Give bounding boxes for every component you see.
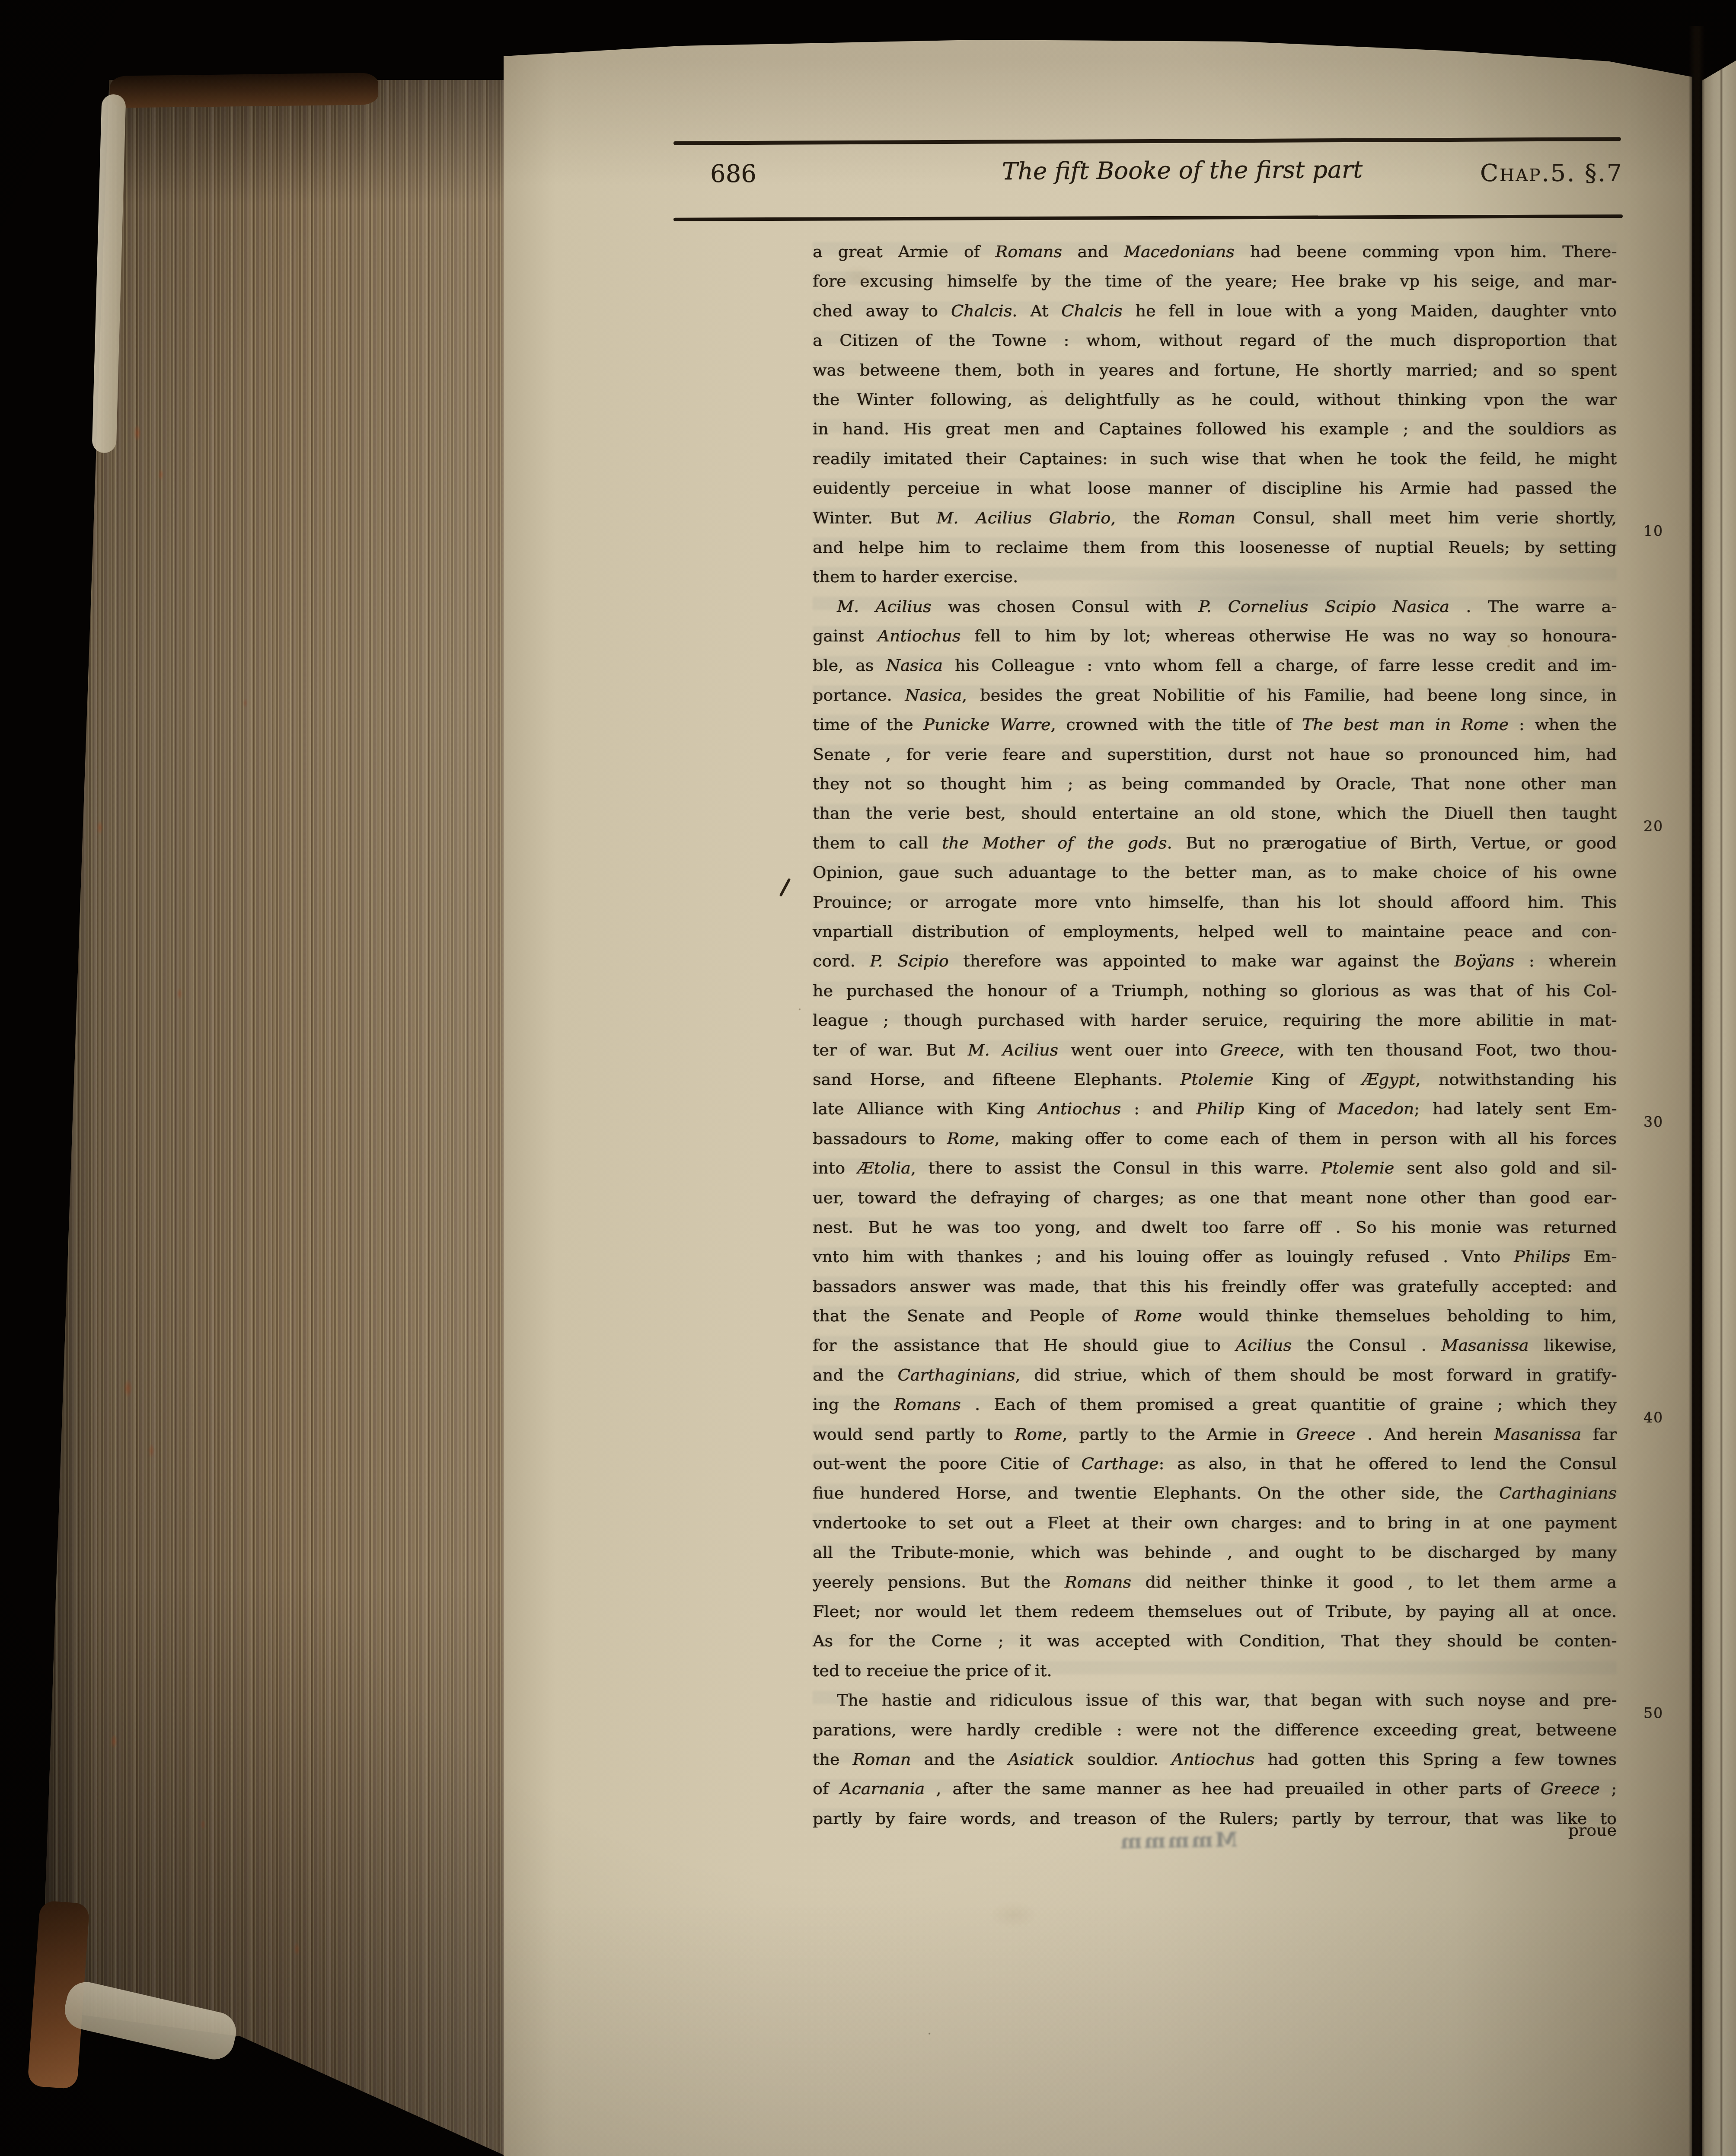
text-line: the Winter following, as delightfully as… (813, 385, 1617, 414)
text-line: readily imitated their Captaines: in suc… (813, 444, 1617, 473)
text-line: they not so thought him ; as being comma… (813, 769, 1617, 798)
text-line: vnto him with thankes ; and his louing o… (813, 1242, 1617, 1271)
gutter-shadow (1688, 26, 1705, 2156)
text-line: into Ætolia, there to assist the Consul … (813, 1153, 1617, 1183)
text-line: ter of war. But M. Acilius went ouer int… (813, 1035, 1617, 1065)
text-line: and the Carthaginians, did striue, which… (813, 1360, 1617, 1390)
text-line: As for the Corne ; it was accepted with … (813, 1626, 1617, 1655)
text-line: Winter. But M. Acilius Glabrio, the Roma… (813, 503, 1617, 533)
text-line: Fleet; nor would let them redeem themsel… (813, 1597, 1617, 1626)
text-line: them to call the Mother of the gods. But… (813, 828, 1617, 858)
margin-line-number: 40 (1643, 1410, 1663, 1425)
text-line: ted to receiue the price of it. (813, 1656, 1617, 1685)
text-line: that the Senate and People of Rome would… (813, 1301, 1617, 1330)
text-line: uer, toward the defraying of charges; as… (813, 1183, 1617, 1212)
text-line: M. Acilius was chosen Consul with P. Cor… (813, 592, 1617, 621)
chapter-heading: Chap.5. §.7 (1424, 159, 1623, 187)
text-line: than the verie best, should entertaine a… (813, 798, 1617, 828)
text-line: league ; though purchased with harder se… (813, 1005, 1617, 1035)
book-cover-top-edge (110, 73, 379, 108)
text-line: The hastie and ridiculous issue of this … (813, 1685, 1617, 1715)
margin-line-number: 10 (1643, 524, 1663, 538)
text-line: fiue hundered Horse, and twentie Elephan… (813, 1478, 1617, 1508)
text-line: parations, were hardly credible : were n… (813, 1715, 1617, 1745)
text-line: ched away to Chalcis. At Chalcis he fell… (813, 296, 1617, 325)
text-line: the Roman and the Asiatick souldior. Ant… (813, 1745, 1617, 1774)
text-line: a great Armie of Romans and Macedonians … (813, 237, 1617, 266)
text-line: of Acarnania , after the same manner as … (813, 1774, 1617, 1803)
catchword: proue (813, 1821, 1617, 1840)
text-line: sand Horse, and fifteene Elephants. Ptol… (813, 1065, 1617, 1094)
margin-line-number: 50 (1619, 1706, 1663, 1720)
text-line: Opinion, gaue such aduantage to the bett… (813, 858, 1617, 887)
text-line: them to harder exercise. (813, 562, 1617, 591)
text-line: ble, as Nasica his Colleague : vnto whom… (813, 651, 1617, 680)
text-line: vnpartiall distribution of employments, … (813, 917, 1617, 946)
book-photo-scene: 686 The fift Booke of the first part Cha… (0, 0, 1736, 2156)
header-rule-top (673, 137, 1621, 145)
text-line: vndertooke to set out a Fleet at their o… (813, 1508, 1617, 1537)
text-line: would send partly to Rome, partly to the… (813, 1419, 1617, 1449)
text-line: Senate , for verie feare and superstitio… (813, 740, 1617, 769)
margin-line-number: 20 (1643, 819, 1663, 833)
text-line: late Alliance with King Antiochus : and … (813, 1094, 1617, 1123)
text-line: gainst Antiochus fell to him by lot; whe… (813, 621, 1617, 651)
text-line: cord. P. Scipio therefore was appointed … (813, 946, 1617, 976)
text-line: he purchased the honour of a Triumph, no… (813, 976, 1617, 1005)
text-block: a great Armie of Romans and Macedonians … (813, 237, 1617, 1833)
page-number: 686 (710, 160, 756, 188)
stray-ink-mark (779, 878, 791, 896)
text-line: a Citizen of the Towne : whom, without r… (813, 325, 1617, 355)
text-line: yeerely pensions. But the Romans did nei… (813, 1567, 1617, 1597)
text-line: euidently perceiue in what loose manner … (813, 473, 1617, 503)
margin-line-number: 30 (1643, 1115, 1663, 1129)
book-page: 686 The fift Booke of the first part Cha… (504, 0, 1692, 2156)
text-line: for the assistance that He should giue t… (813, 1330, 1617, 1360)
text-line: Prouince; or arrogate more vnto himselfe… (813, 887, 1617, 917)
text-line: ing the Romans . Each of them promised a… (813, 1390, 1617, 1419)
text-line: in hand. His great men and Captaines fol… (813, 414, 1617, 443)
text-line: time of the Punicke Warre, crowned with … (813, 710, 1617, 739)
running-title: The fift Booke of the first part (970, 155, 1394, 185)
text-line: was betweene them, both in yeares and fo… (813, 355, 1617, 385)
text-line: bassadors answer was made, that this his… (813, 1272, 1617, 1301)
text-line: nest. But he was too yong, and dwelt too… (813, 1212, 1617, 1242)
text-line: bassadours to Rome, making offer to come… (813, 1124, 1617, 1153)
header-rule-bottom (673, 214, 1623, 221)
text-line: all the Tribute-monie, which was behinde… (813, 1537, 1617, 1567)
text-line: fore excusing himselfe by the time of th… (813, 266, 1617, 296)
text-line: and helpe him to reclaime them from this… (813, 533, 1617, 562)
text-line: portance. Nasica, besides the great Nobi… (813, 680, 1617, 710)
text-line: out-went the poore Citie of Carthage: as… (813, 1449, 1617, 1478)
facing-page-edge (1702, 61, 1736, 2156)
